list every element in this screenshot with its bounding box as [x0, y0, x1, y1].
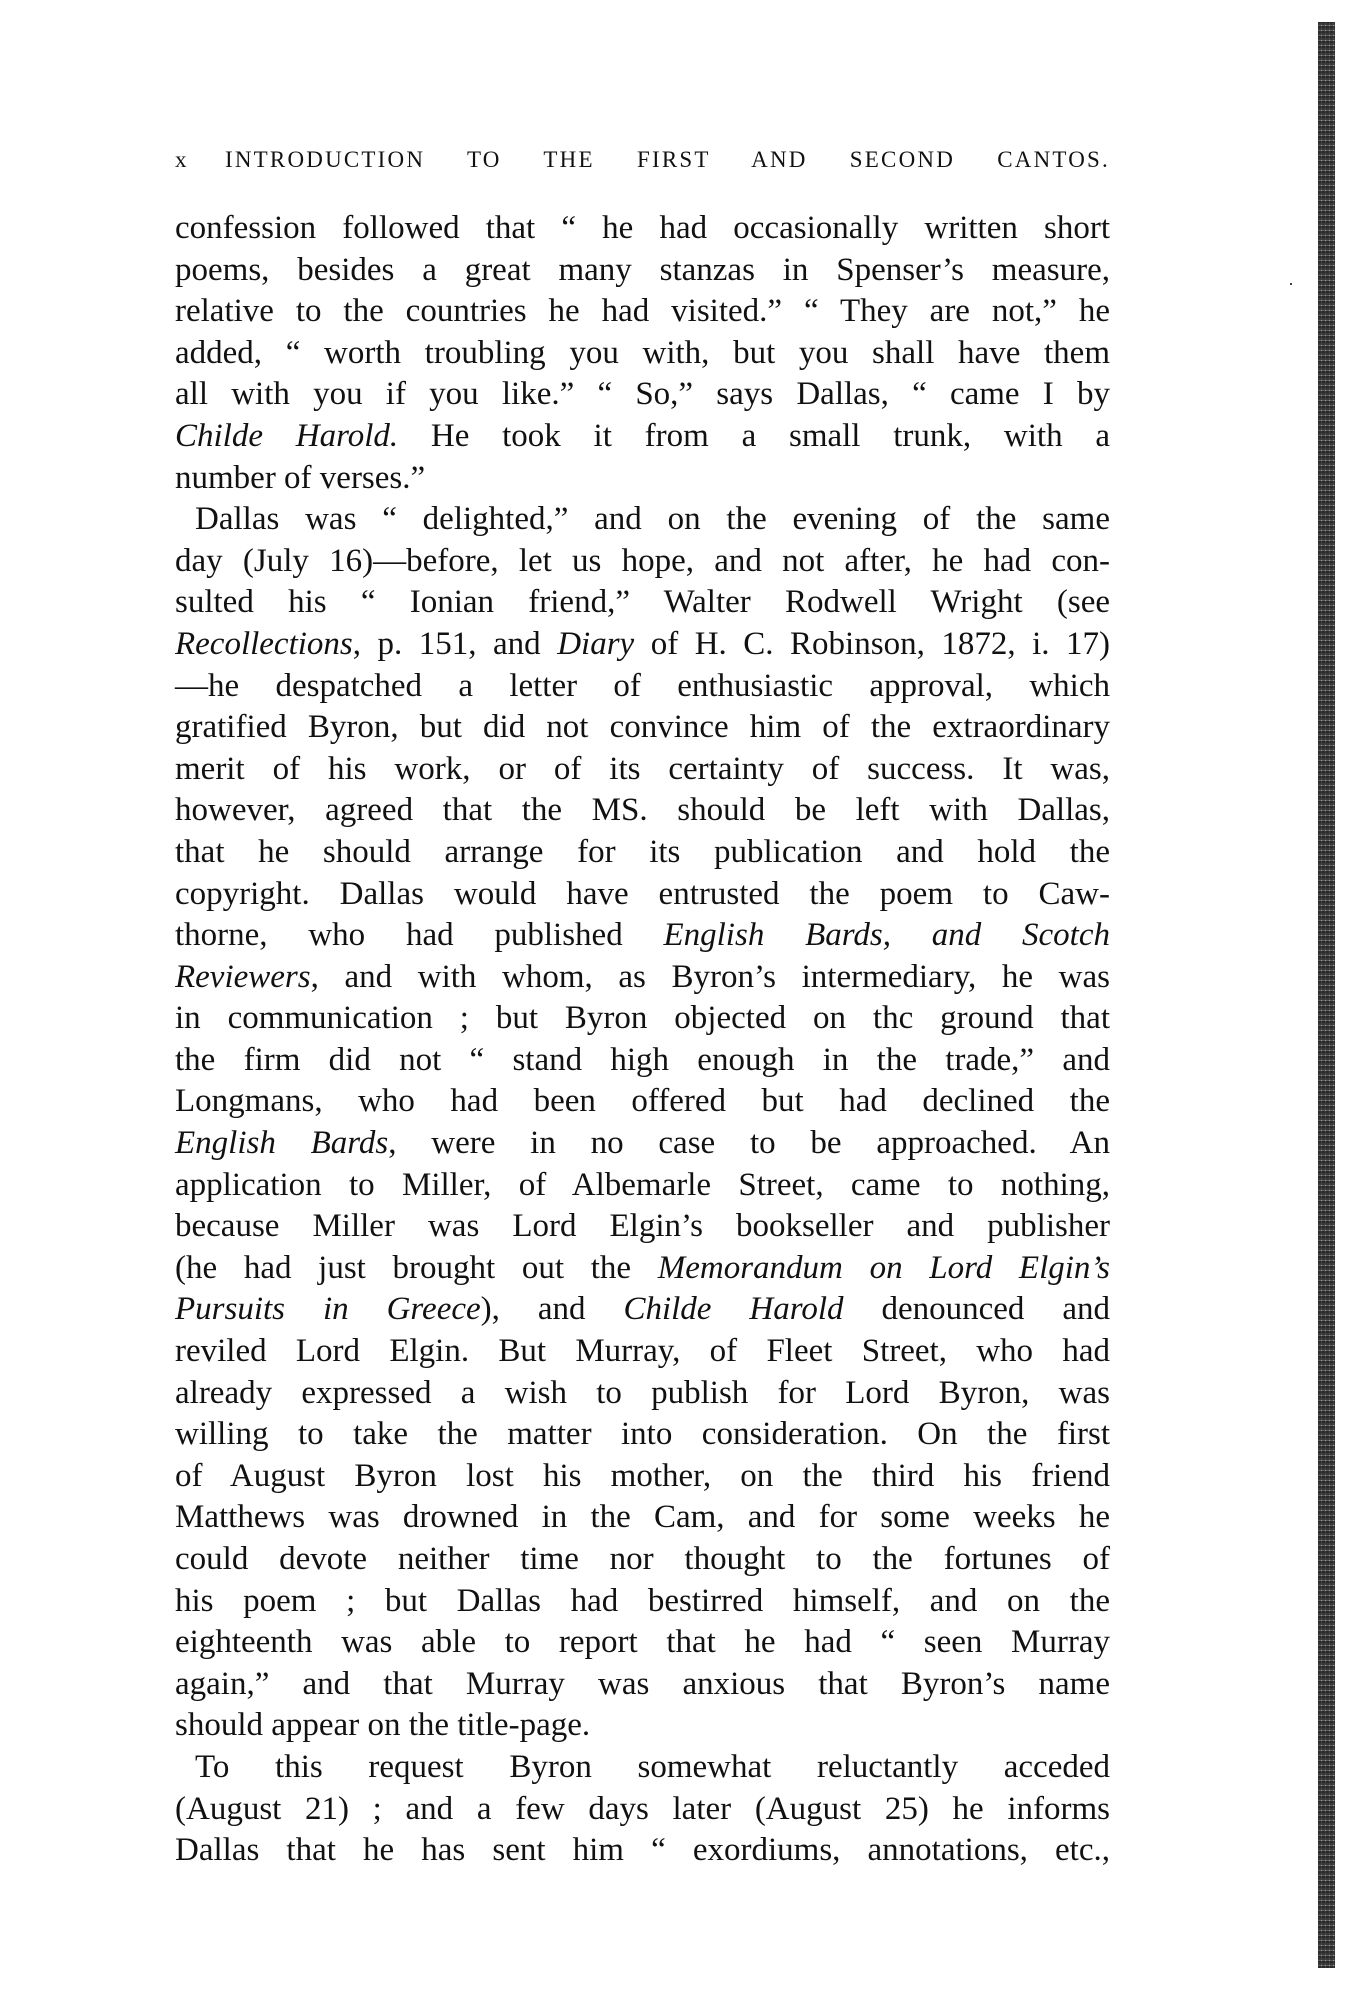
- italic-title: English Bards, and Scotch: [663, 917, 1110, 953]
- text-line: day (July 16)—before, let us hope, and n…: [175, 541, 1110, 583]
- text-run: added, “ worth troubling you with, but y…: [175, 335, 1110, 371]
- text-line: Dallas was “ delighted,” and on the even…: [175, 499, 1110, 541]
- body-text: confession followed that “ he had occasi…: [175, 208, 1110, 1872]
- text-run: application to Miller, of Albemarle Stre…: [175, 1167, 1110, 1203]
- text-line: Reviewers, and with whom, as Byron’s int…: [175, 957, 1110, 999]
- text-run: He took it from a small trunk, with a: [398, 418, 1110, 454]
- text-line: Matthews was drowned in the Cam, and for…: [175, 1497, 1110, 1539]
- text-run: sulted his “ Ionian friend,” Walter Rodw…: [175, 584, 1110, 620]
- text-run: thorne, who had published: [175, 917, 663, 953]
- text-line: gratified Byron, but did not convince hi…: [175, 707, 1110, 749]
- text-line: (he had just brought out the Memorandum …: [175, 1248, 1110, 1290]
- text-run: the firm did not “ stand high enough in …: [175, 1042, 1110, 1078]
- page-number: x: [175, 147, 225, 173]
- text-line: however, agreed that the MS. should be l…: [175, 790, 1110, 832]
- text-line: Dallas that he has sent him “ exordiums,…: [175, 1830, 1110, 1872]
- text-run: confession followed that “ he had occasi…: [175, 210, 1110, 246]
- text-line: added, “ worth troubling you with, but y…: [175, 333, 1110, 375]
- text-line: confession followed that “ he had occasi…: [175, 208, 1110, 250]
- text-run: number of verses.”: [175, 460, 425, 496]
- text-run: in communication ; but Byron objected on…: [175, 1000, 1110, 1036]
- text-line: Recollections, p. 151, and Diary of H. C…: [175, 624, 1110, 666]
- text-line: could devote neither time nor thought to…: [175, 1539, 1110, 1581]
- text-run: of August Byron lost his mother, on the …: [175, 1458, 1110, 1494]
- text-line: should appear on the title-page.: [175, 1705, 1110, 1747]
- text-line: —he despatched a letter of enthusiastic …: [175, 666, 1110, 708]
- italic-title: Pursuits in Greece: [175, 1291, 481, 1327]
- italic-title: Childe Harold: [623, 1291, 843, 1327]
- text-line: copyright. Dallas would have entrusted t…: [175, 874, 1110, 916]
- text-line: (August 21) ; and a few days later (Augu…: [175, 1789, 1110, 1831]
- text-line: willing to take the matter into consider…: [175, 1414, 1110, 1456]
- text-line: all with you if you like.” “ So,” says D…: [175, 374, 1110, 416]
- text-run: (August 21) ; and a few days later (Augu…: [175, 1791, 1110, 1827]
- text-run: relative to the countries he had visited…: [175, 293, 1110, 329]
- text-run: denounced and: [844, 1291, 1111, 1327]
- text-run: gratified Byron, but did not convince hi…: [175, 709, 1110, 745]
- text-run: , p. 151, and: [353, 626, 557, 662]
- text-line: in communication ; but Byron objected on…: [175, 998, 1110, 1040]
- text-line: merit of his work, or of its certainty o…: [175, 749, 1110, 791]
- book-page: x INTRODUCTION TO THE FIRST AND SECOND C…: [0, 0, 1350, 1989]
- text-run: however, agreed that the MS. should be l…: [175, 792, 1110, 828]
- text-run: (he had just brought out the: [175, 1250, 658, 1286]
- text-run: willing to take the matter into consider…: [175, 1416, 1110, 1452]
- text-line: Pursuits in Greece), and Childe Harold d…: [175, 1289, 1110, 1331]
- text-line: his poem ; but Dallas had bestirred hims…: [175, 1581, 1110, 1623]
- paragraph: confession followed that “ he had occasi…: [175, 208, 1110, 499]
- text-line: the firm did not “ stand high enough in …: [175, 1040, 1110, 1082]
- italic-title: English Bards: [175, 1125, 388, 1161]
- italic-title: Memorandum on Lord Elgin’s: [658, 1250, 1110, 1286]
- text-line: English Bards, were in no case to be app…: [175, 1123, 1110, 1165]
- text-run: , were in no case to be approached. An: [388, 1125, 1110, 1161]
- italic-title: Recollections: [175, 626, 353, 662]
- text-line: that he should arrange for its publicati…: [175, 832, 1110, 874]
- text-run: of H. C. Robinson, 1872, i. 17): [634, 626, 1110, 662]
- text-run: copyright. Dallas would have entrusted t…: [175, 876, 1110, 912]
- text-run: already expressed a wish to publish for …: [175, 1375, 1110, 1411]
- text-run: could devote neither time nor thought to…: [175, 1541, 1110, 1577]
- text-run: Dallas was “ delighted,” and on the even…: [195, 501, 1110, 537]
- italic-title: Childe Harold.: [175, 418, 398, 454]
- text-line: application to Miller, of Albemarle Stre…: [175, 1165, 1110, 1207]
- text-line: again,” and that Murray was anxious that…: [175, 1664, 1110, 1706]
- running-head: x INTRODUCTION TO THE FIRST AND SECOND C…: [175, 147, 1110, 177]
- paragraph: To this request Byron somewhat reluctant…: [175, 1747, 1110, 1872]
- text-line: already expressed a wish to publish for …: [175, 1373, 1110, 1415]
- text-line: number of verses.”: [175, 458, 1110, 500]
- text-line: of August Byron lost his mother, on the …: [175, 1456, 1110, 1498]
- text-run: that he should arrange for its publicati…: [175, 834, 1110, 870]
- text-run: , and with whom, as Byron’s intermediary…: [311, 959, 1110, 995]
- text-line: To this request Byron somewhat reluctant…: [175, 1747, 1110, 1789]
- text-line: sulted his “ Ionian friend,” Walter Rodw…: [175, 582, 1110, 624]
- italic-title: Diary: [557, 626, 634, 662]
- text-line: relative to the countries he had visited…: [175, 291, 1110, 333]
- text-run: Dallas that he has sent him “ exordiums,…: [175, 1832, 1110, 1868]
- scan-speck: [1290, 283, 1292, 285]
- text-run: merit of his work, or of its certainty o…: [175, 751, 1110, 787]
- text-run: ), and: [481, 1291, 624, 1327]
- text-run: all with you if you like.” “ So,” says D…: [175, 376, 1110, 412]
- text-line: reviled Lord Elgin. But Murray, of Fleet…: [175, 1331, 1110, 1373]
- text-run: Longmans, who had been offered but had d…: [175, 1083, 1110, 1119]
- running-head-title: INTRODUCTION TO THE FIRST AND SECOND CAN…: [225, 147, 1110, 173]
- text-line: thorne, who had published English Bards,…: [175, 915, 1110, 957]
- text-line: poems, besides a great many stanzas in S…: [175, 250, 1110, 292]
- text-run: his poem ; but Dallas had bestirred hims…: [175, 1583, 1110, 1619]
- text-run: because Miller was Lord Elgin’s booksell…: [175, 1208, 1110, 1244]
- text-run: —he despatched a letter of enthusiastic …: [175, 668, 1110, 704]
- text-run: poems, besides a great many stanzas in S…: [175, 252, 1110, 288]
- text-run: Matthews was drowned in the Cam, and for…: [175, 1499, 1110, 1535]
- italic-title: Reviewers: [175, 959, 311, 995]
- text-run: eighteenth was able to report that he ha…: [175, 1624, 1110, 1660]
- text-line: Childe Harold. He took it from a small t…: [175, 416, 1110, 458]
- text-run: To this request Byron somewhat reluctant…: [195, 1749, 1110, 1785]
- text-run: day (July 16)—before, let us hope, and n…: [175, 543, 1110, 579]
- text-line: eighteenth was able to report that he ha…: [175, 1622, 1110, 1664]
- text-line: because Miller was Lord Elgin’s booksell…: [175, 1206, 1110, 1248]
- paragraph: Dallas was “ delighted,” and on the even…: [175, 499, 1110, 1747]
- text-run: reviled Lord Elgin. But Murray, of Fleet…: [175, 1333, 1110, 1369]
- text-run: should appear on the title-page.: [175, 1707, 590, 1743]
- page-edge-scan-artifact: [1318, 22, 1335, 1968]
- text-line: Longmans, who had been offered but had d…: [175, 1081, 1110, 1123]
- text-run: again,” and that Murray was anxious that…: [175, 1666, 1110, 1702]
